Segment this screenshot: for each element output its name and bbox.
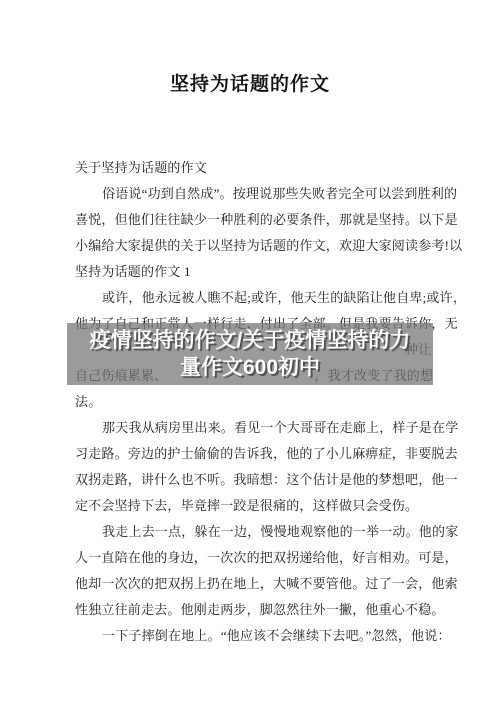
body-line: 人一直陪在他的身边，一次次的把双拐递给他，好言相劝。可是，	[75, 545, 500, 571]
body-line: 那天我从病房里出来。看见一个大哥哥在走廊上，样子是在学	[75, 415, 500, 441]
overlay-banner[interactable]: 疫情坚持的作文/关于疫情坚持的力 量作文600初中	[67, 323, 433, 385]
body-line: 我走上去一点，躲在一边，慢慢地观察他的一举一动。他的家	[75, 519, 500, 545]
body-line: 或许，他永远被人瞧不起;或许，他天生的缺陷让他自卑;或许，	[75, 285, 500, 311]
body-line: 习走路。旁边的护士偷偷的告诉我，他的了小儿麻痹症，非要脱去	[75, 441, 500, 467]
essay-title: 坚持为话题的作文	[0, 70, 500, 100]
body-line: 坚持为话题的作文 1	[75, 259, 500, 285]
body-line: 定不会坚持下去，毕竟摔一跤是很痛的，这样做只会受伤。	[75, 493, 500, 519]
overlay-text-line2: 量作文600初中	[67, 354, 433, 381]
body-line: 法。	[75, 389, 500, 415]
body-line: 一下子摔倒在地上。“他应该不会继续下去吧。”忽然，他说：	[75, 623, 500, 649]
body-line: 他却一次次的把双拐上扔在地上，大喊不要管他。过了一会，他索	[75, 571, 500, 597]
body-line: 双拐走路，讲什么也不听。我暗想：这个估计是他的梦想吧，他一	[75, 467, 500, 493]
document-page: 坚持为话题的作文 关于坚持为话题的作文 俗语说“功到自然成”。按理说那些失败者完…	[0, 0, 500, 706]
overlay-text-line1: 疫情坚持的作文/关于疫情坚持的力	[67, 327, 433, 354]
body-line: 俗语说“功到自然成”。按理说那些失败者完全可以尝到胜利的	[75, 181, 500, 207]
body-line: 性独立往前走去。他刚走两步，脚忽然往外一撇，他重心不稳。	[75, 597, 500, 623]
body-line: 关于坚持为话题的作文	[75, 155, 500, 181]
body-line: 小编给大家提供的关于以坚持为话题的作文，欢迎大家阅读参考!以	[75, 233, 500, 259]
essay-body: 关于坚持为话题的作文 俗语说“功到自然成”。按理说那些失败者完全可以尝到胜利的 …	[0, 155, 500, 649]
body-line: 喜悦，但他们往往缺少一种胜利的必要条件，那就是坚持。以下是	[75, 207, 500, 233]
